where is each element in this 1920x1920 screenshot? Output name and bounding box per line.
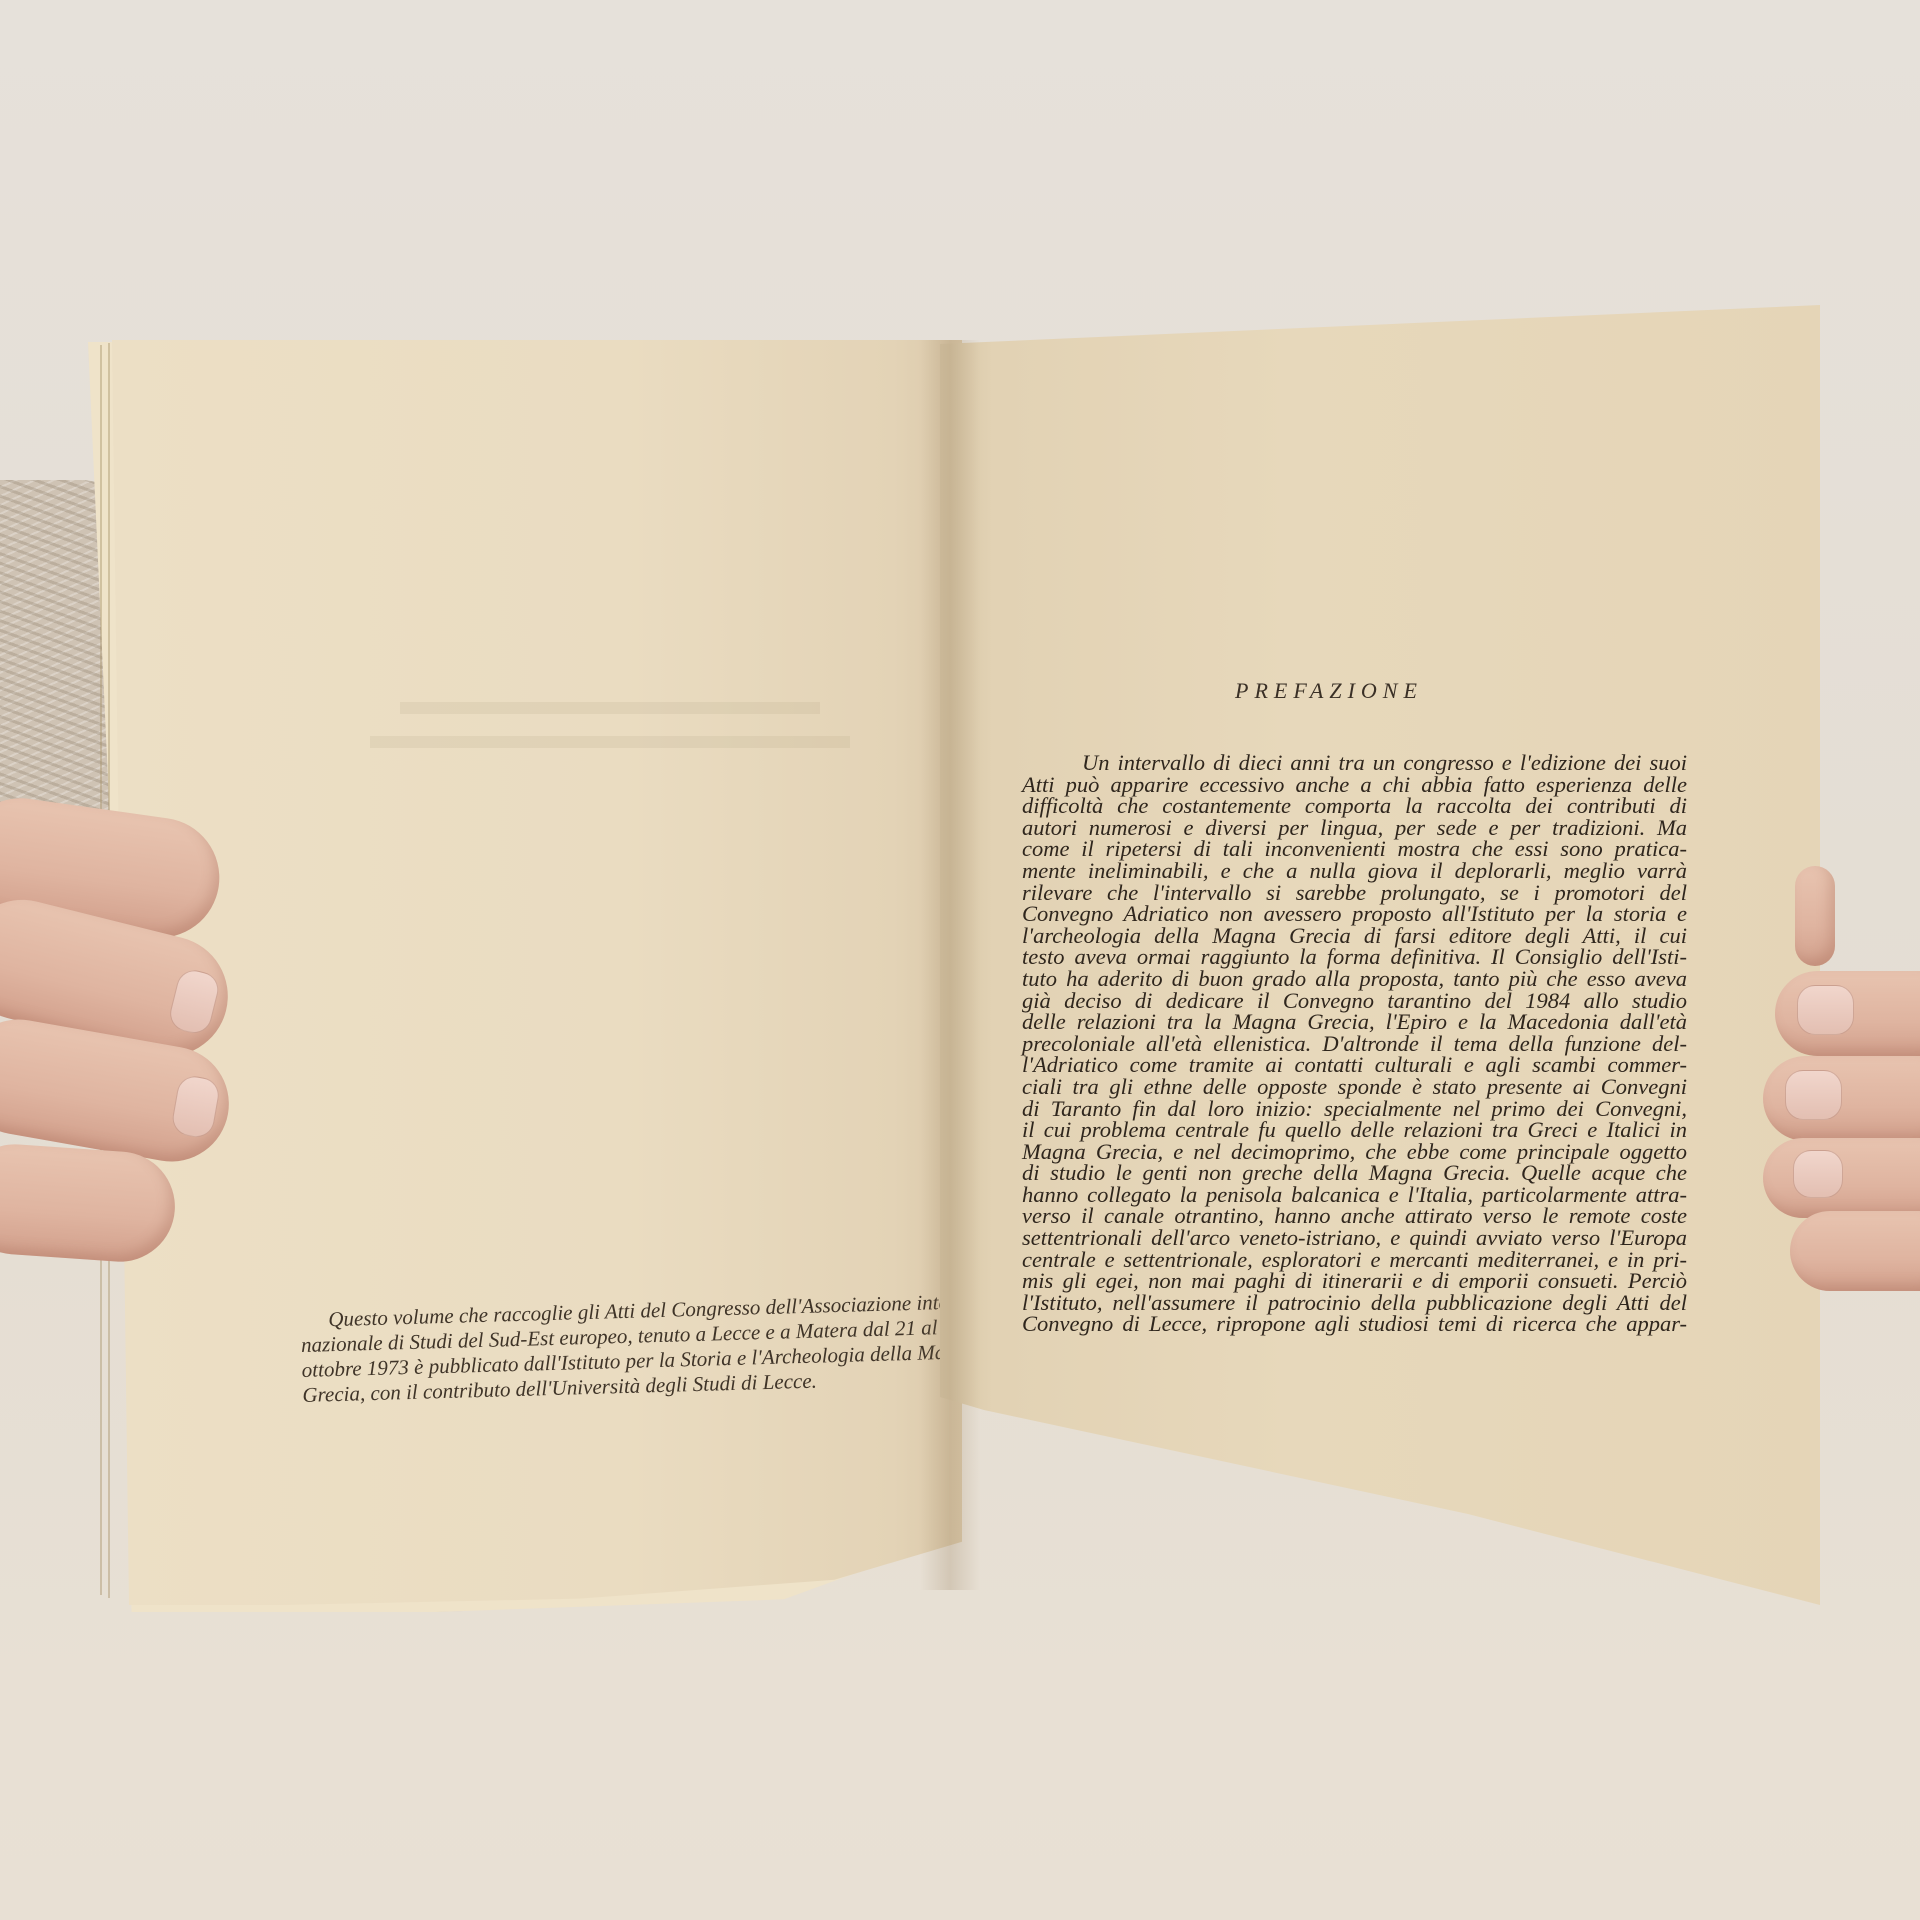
body-line: autori numerosi e diversi per lingua, pe… <box>1022 817 1687 839</box>
fingernail <box>170 1074 222 1140</box>
body-line: precoloniale all'età ellenistica. D'altr… <box>1022 1033 1687 1055</box>
body-line: l'Adriatico come tramite ai contatti cul… <box>1022 1054 1687 1076</box>
body-line: settentrionali dell'arco veneto-istriano… <box>1022 1227 1687 1249</box>
body-line: Magna Grecia, e nel decimoprimo, che ebb… <box>1022 1141 1687 1163</box>
colophon-note: Questo volume che raccoglie gli Atti del… <box>300 1290 943 1408</box>
body-line: tuto ha aderito di buon grado alla propo… <box>1022 968 1687 990</box>
body-line: il cui problema centrale fu quello delle… <box>1022 1119 1687 1141</box>
body-line: Atti può apparire eccessivo anche a chi … <box>1022 774 1687 796</box>
thumb <box>1795 866 1835 966</box>
ghost-line <box>400 702 820 714</box>
preface-body: Un intervallo di dieci anni tra un congr… <box>1022 752 1687 1335</box>
finger <box>1790 1211 1920 1291</box>
book-gutter <box>920 340 980 1590</box>
left-page <box>112 340 962 1605</box>
fingernail <box>1793 1150 1843 1198</box>
body-line: rilevare che l'intervallo si sarebbe pro… <box>1022 882 1687 904</box>
show-through-text <box>330 680 890 770</box>
body-line: Convegno di Lecce, ripropone agli studio… <box>1022 1313 1687 1335</box>
finger <box>0 1141 179 1266</box>
body-line: delle relazioni tra la Magna Grecia, l'E… <box>1022 1011 1687 1033</box>
right-hand <box>1755 866 1920 1336</box>
body-line: testo aveva ormai raggiunto la forma def… <box>1022 946 1687 968</box>
body-line: mis gli egei, non mai paghi di itinerari… <box>1022 1270 1687 1292</box>
table-surface <box>0 1560 1920 1920</box>
body-line: di Taranto fin dal loro inizio: specialm… <box>1022 1098 1687 1120</box>
fingernail <box>166 967 222 1037</box>
body-line: centrale e settentrionale, esploratori e… <box>1022 1249 1687 1271</box>
finger <box>1763 1138 1920 1218</box>
body-line: Convegno Adriatico non avessero proposto… <box>1022 903 1687 925</box>
body-line: di studio le genti non greche della Magn… <box>1022 1162 1687 1184</box>
body-line: difficoltà che costantemente comporta la… <box>1022 795 1687 817</box>
fingernail <box>1797 985 1854 1035</box>
page-title: PREFAZIONE <box>1235 678 1423 704</box>
body-line: Un intervallo di dieci anni tra un congr… <box>1022 752 1687 774</box>
fingernail <box>1785 1070 1842 1120</box>
body-line: già deciso di dedicare il Convegno taran… <box>1022 990 1687 1012</box>
body-line: come il ripetersi di tali inconvenienti … <box>1022 838 1687 860</box>
body-line: l'archeologia della Magna Grecia di fars… <box>1022 925 1687 947</box>
body-line: l'Istituto, nell'assumere il patrocinio … <box>1022 1292 1687 1314</box>
body-line: verso il canale otrantino, hanno anche a… <box>1022 1205 1687 1227</box>
finger <box>1775 971 1920 1056</box>
finger <box>1763 1056 1920 1141</box>
body-line: hanno collegato la penisola balcanica e … <box>1022 1184 1687 1206</box>
body-line: ciali tra gli ethne delle opposte sponde… <box>1022 1076 1687 1098</box>
photo-scene: Questo volume che raccoglie gli Atti del… <box>0 0 1920 1920</box>
left-hand <box>0 808 230 1228</box>
ghost-line <box>370 736 850 748</box>
body-line: mente ineliminabili, e che a nulla giova… <box>1022 860 1687 882</box>
